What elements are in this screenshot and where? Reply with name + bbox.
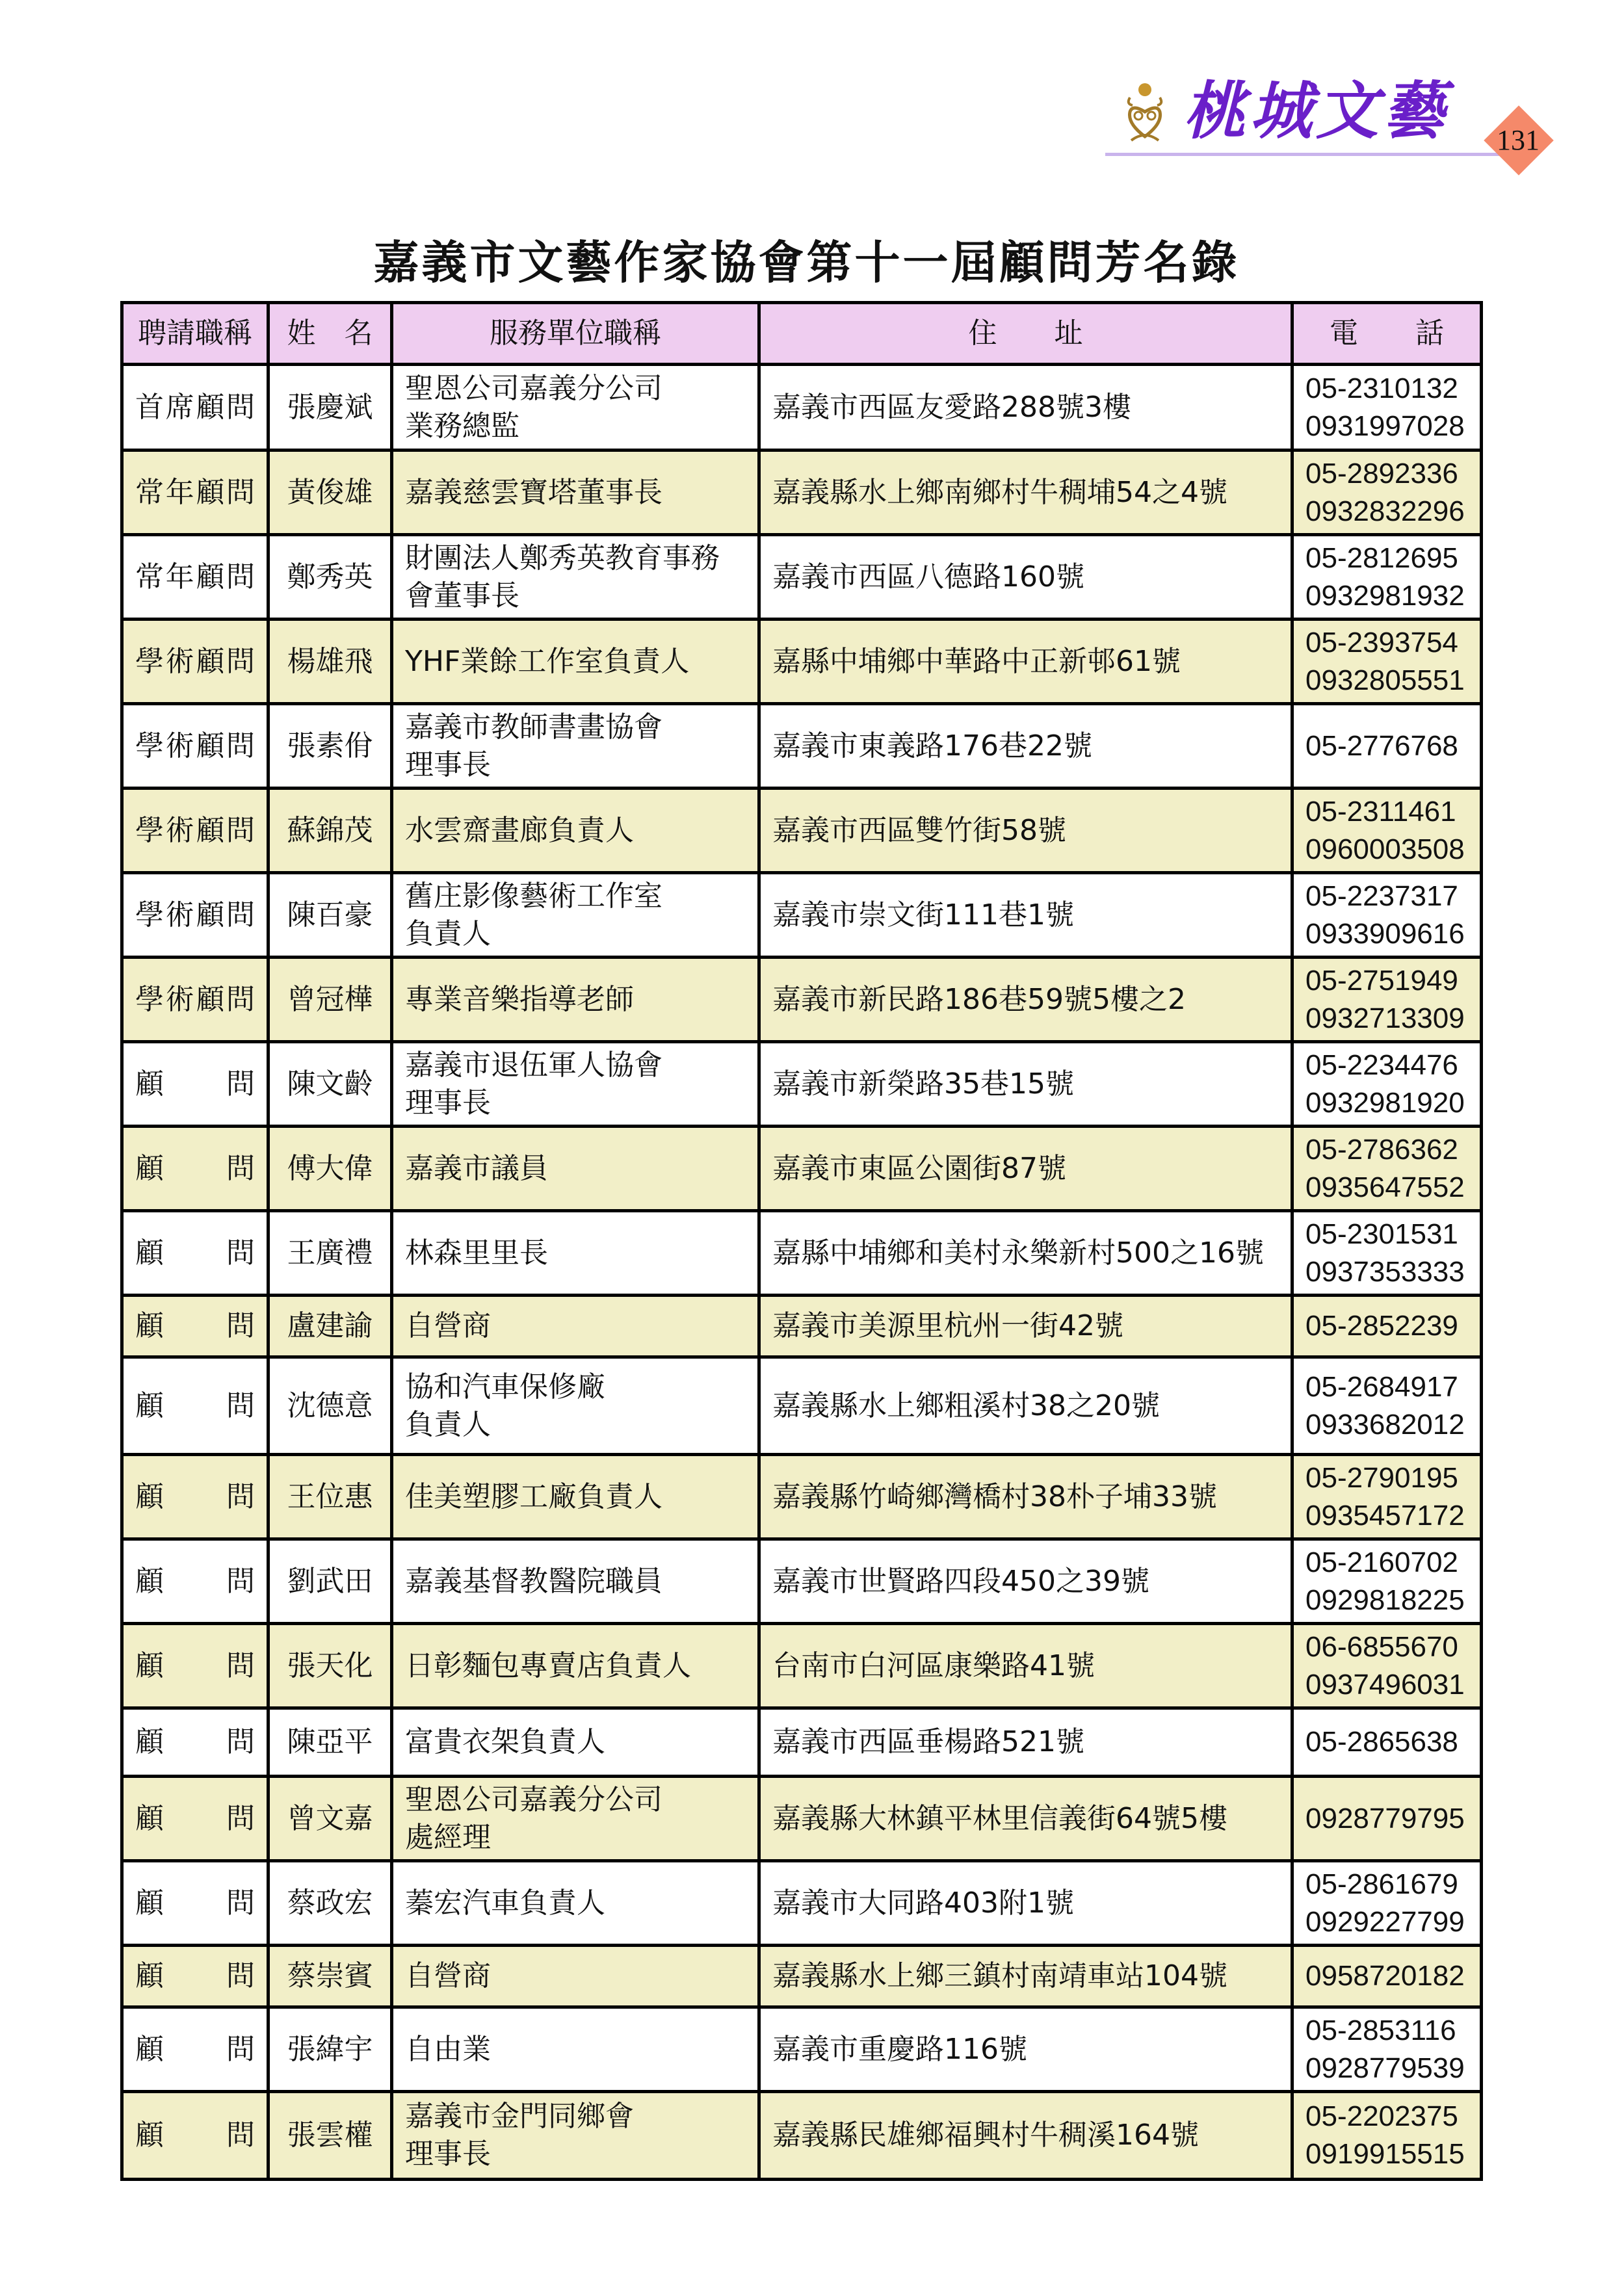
cell-phone: 05-28531160928779539 <box>1292 2007 1482 2092</box>
column-header-address: 住 址 <box>759 303 1292 365</box>
cell-phone: 05-23114610960003508 <box>1292 789 1482 873</box>
phone-number: 0937353333 <box>1305 1253 1468 1291</box>
phone-number: 0928779795 <box>1305 1800 1468 1838</box>
cell-role: 學術顧問 <box>122 958 269 1042</box>
unit-line: 負責人 <box>405 915 746 953</box>
unit-line: 舊庄影像藝術工作室 <box>405 878 746 915</box>
cell-role: 顧 問 <box>122 2092 269 2180</box>
cell-phone: 05-27901950935457172 <box>1292 1455 1482 1539</box>
cell-address: 嘉義市美源里杭州一街42號 <box>759 1296 1292 1357</box>
table-row: 顧 問王位惠佳美塑膠工廠負責人嘉義縣竹崎鄉灣橋村38朴子埔33號05-27901… <box>122 1455 1482 1539</box>
unit-line: 佳美塑膠工廠負責人 <box>405 1478 746 1516</box>
cell-unit: 日彰麵包專賣店負責人 <box>392 1624 759 1708</box>
header-rule <box>1105 153 1521 156</box>
cell-name: 楊雄飛 <box>269 620 392 704</box>
cell-address: 嘉義市東義路176巷22號 <box>759 704 1292 789</box>
unit-line: 自由業 <box>405 2031 746 2068</box>
cell-role: 常年顧問 <box>122 535 269 620</box>
cell-name: 陳文齡 <box>269 1042 392 1127</box>
unit-line: 蓁宏汽車負責人 <box>405 1885 746 1922</box>
cell-phone: 06-68556700937496031 <box>1292 1624 1482 1708</box>
unit-line: 自營商 <box>405 1307 746 1345</box>
unit-line: 嘉義市議員 <box>405 1150 746 1188</box>
table-row: 顧 問張緯宇自由業嘉義市重慶路116號05-28531160928779539 <box>122 2007 1482 2092</box>
cell-unit: 富貴衣架負責人 <box>392 1708 759 1777</box>
cell-role: 顧 問 <box>122 1357 269 1455</box>
unit-line: 協和汽車保修廠 <box>405 1368 746 1406</box>
cell-role: 常年顧問 <box>122 450 269 535</box>
cell-phone: 05-23937540932805551 <box>1292 620 1482 704</box>
cell-name: 蘇錦茂 <box>269 789 392 873</box>
table-header-row: 聘請職稱 姓 名 服務單位職稱 住 址 電 話 <box>122 303 1482 365</box>
cell-name: 王位惠 <box>269 1455 392 1539</box>
table-row: 顧 問盧建諭自營商嘉義市美源里杭州一街42號05-2852239 <box>122 1296 1482 1357</box>
cell-address: 嘉義市崇文街111巷1號 <box>759 873 1292 958</box>
phone-number: 05-2393754 <box>1305 624 1468 662</box>
phone-number: 05-2812695 <box>1305 540 1468 577</box>
table-row: 常年顧問鄭秀英財團法人鄭秀英教育事務會董事長嘉義市西區八德路160號05-281… <box>122 535 1482 620</box>
phone-number: 06-6855670 <box>1305 1628 1468 1666</box>
unit-line: 理事長 <box>405 1084 746 1122</box>
phone-number: 0928779539 <box>1305 2050 1468 2087</box>
phone-number: 0933909616 <box>1305 915 1468 953</box>
cell-unit: 協和汽車保修廠負責人 <box>392 1357 759 1455</box>
cell-name: 盧建諭 <box>269 1296 392 1357</box>
table-row: 顧 問陳亞平富貴衣架負責人嘉義市西區垂楊路521號05-2865638 <box>122 1708 1482 1777</box>
page-number-badge: 131 <box>1482 104 1554 176</box>
cell-phone: 05-28923360932832296 <box>1292 450 1482 535</box>
column-header-role: 聘請職稱 <box>122 303 269 365</box>
unit-line: 林森里里長 <box>405 1234 746 1272</box>
cell-unit: 佳美塑膠工廠負責人 <box>392 1455 759 1539</box>
phone-number: 05-2861679 <box>1305 1866 1468 1903</box>
cell-unit: 嘉義市教師書畫協會理事長 <box>392 704 759 789</box>
cell-address: 嘉義市新榮路35巷15號 <box>759 1042 1292 1127</box>
cell-address: 嘉義市東區公園街87號 <box>759 1127 1292 1211</box>
table-body: 首席顧問張慶斌聖恩公司嘉義分公司業務總監嘉義市西區友愛路288號3樓05-231… <box>122 365 1482 2180</box>
phone-number: 0937496031 <box>1305 1666 1468 1704</box>
cell-phone: 05-22344760932981920 <box>1292 1042 1482 1127</box>
phone-number: 05-2684917 <box>1305 1368 1468 1406</box>
table-row: 顧 問沈德意協和汽車保修廠負責人嘉義縣水上鄉粗溪村38之20號05-268491… <box>122 1357 1482 1455</box>
unit-line: 財團法人鄭秀英教育事務 <box>405 540 746 577</box>
table-row: 顧 問陳文齡嘉義市退伍軍人協會理事長嘉義市新榮路35巷15號05-2234476… <box>122 1042 1482 1127</box>
cell-role: 顧 問 <box>122 1946 269 2007</box>
cell-unit: 自營商 <box>392 1296 759 1357</box>
cell-role: 顧 問 <box>122 1624 269 1708</box>
table-row: 顧 問蔡崇賓自營商嘉義縣水上鄉三鎮村南靖車站104號0958720182 <box>122 1946 1482 2007</box>
phone-number: 05-2751949 <box>1305 962 1468 1000</box>
unit-line: 水雲齋畫廊負責人 <box>405 812 746 850</box>
unit-line: 嘉義慈雲寶塔董事長 <box>405 474 746 512</box>
unit-line: 嘉義市金門同鄉會 <box>405 2098 746 2135</box>
phone-number: 05-2311461 <box>1305 793 1468 831</box>
table-row: 顧 問曾文嘉聖恩公司嘉義分公司處經理嘉義縣大林鎮平林里信義街64號5樓09287… <box>122 1777 1482 1861</box>
phone-number: 0932713309 <box>1305 1000 1468 1037</box>
table-row: 顧 問張天化日彰麵包專賣店負責人台南市白河區康樂路41號06-685567009… <box>122 1624 1482 1708</box>
unit-line: 業務總監 <box>405 408 746 445</box>
cell-unit: 林森里里長 <box>392 1211 759 1296</box>
cell-phone: 05-2776768 <box>1292 704 1482 789</box>
cell-phone: 05-28616790929227799 <box>1292 1861 1482 1946</box>
phone-number: 0929227799 <box>1305 1903 1468 1941</box>
cell-name: 黃俊雄 <box>269 450 392 535</box>
phone-number: 05-2786362 <box>1305 1131 1468 1169</box>
cell-address: 嘉義市重慶路116號 <box>759 2007 1292 2092</box>
cell-unit: 嘉義市退伍軍人協會理事長 <box>392 1042 759 1127</box>
column-header-name: 姓 名 <box>269 303 392 365</box>
phone-number: 0935457172 <box>1305 1497 1468 1535</box>
cell-role: 顧 問 <box>122 1708 269 1777</box>
phone-number: 0929818225 <box>1305 1582 1468 1619</box>
cell-name: 張緯宇 <box>269 2007 392 2092</box>
cell-name: 鄭秀英 <box>269 535 392 620</box>
unit-line: 聖恩公司嘉義分公司 <box>405 370 746 408</box>
page-number: 131 <box>1482 124 1554 157</box>
cell-address: 嘉義市世賢路四段450之39號 <box>759 1539 1292 1624</box>
cell-unit: 嘉義市議員 <box>392 1127 759 1211</box>
cell-role: 顧 問 <box>122 1296 269 1357</box>
unit-line: 自營商 <box>405 1957 746 1995</box>
table-row: 顧 問王廣禮林森里里長嘉縣中埔鄉和美村永樂新村500之16號05-2301531… <box>122 1211 1482 1296</box>
table-row: 顧 問蔡政宏蓁宏汽車負責人嘉義市大同路403附1號05-286167909292… <box>122 1861 1482 1946</box>
phone-number: 05-2853116 <box>1305 2012 1468 2050</box>
cell-phone: 05-2852239 <box>1292 1296 1482 1357</box>
cell-phone: 0958720182 <box>1292 1946 1482 2007</box>
table-row: 學術顧問楊雄飛YHF業餘工作室負責人嘉縣中埔鄉中華路中正新邨61號05-2393… <box>122 620 1482 704</box>
cell-unit: 自由業 <box>392 2007 759 2092</box>
unit-line: 理事長 <box>405 746 746 784</box>
cell-phone: 05-27519490932713309 <box>1292 958 1482 1042</box>
cell-unit: 自營商 <box>392 1946 759 2007</box>
unit-line: 處經理 <box>405 1819 746 1857</box>
table-row: 學術顧問陳百豪舊庄影像藝術工作室負責人嘉義市崇文街111巷1號05-223731… <box>122 873 1482 958</box>
phone-number: 0932832296 <box>1305 493 1468 530</box>
cell-name: 張雲權 <box>269 2092 392 2180</box>
phone-number: 0931997028 <box>1305 408 1468 445</box>
cell-role: 顧 問 <box>122 1861 269 1946</box>
phone-number: 0935647552 <box>1305 1169 1468 1207</box>
cell-address: 嘉義市西區雙竹街58號 <box>759 789 1292 873</box>
unit-line: 會董事長 <box>405 577 746 615</box>
cell-address: 嘉義市西區八德路160號 <box>759 535 1292 620</box>
logo-text: 桃城文藝 <box>1183 62 1449 151</box>
cell-address: 嘉義市西區友愛路288號3樓 <box>759 365 1292 450</box>
table-row: 首席顧問張慶斌聖恩公司嘉義分公司業務總監嘉義市西區友愛路288號3樓05-231… <box>122 365 1482 450</box>
cell-unit: 嘉義市金門同鄉會理事長 <box>392 2092 759 2180</box>
phone-number: 05-2865638 <box>1305 1723 1468 1761</box>
phone-number: 05-2310132 <box>1305 370 1468 408</box>
cell-role: 首席顧問 <box>122 365 269 450</box>
unit-line: 理事長 <box>405 2135 746 2173</box>
cell-unit: 嘉義基督教醫院職員 <box>392 1539 759 1624</box>
cell-unit: 蓁宏汽車負責人 <box>392 1861 759 1946</box>
cell-phone: 05-26849170933682012 <box>1292 1357 1482 1455</box>
cell-role: 學術顧問 <box>122 789 269 873</box>
unit-line: 富貴衣架負責人 <box>405 1723 746 1761</box>
unit-line: 嘉義基督教醫院職員 <box>405 1563 746 1600</box>
cell-unit: YHF業餘工作室負責人 <box>392 620 759 704</box>
cell-phone: 05-27863620935647552 <box>1292 1127 1482 1211</box>
cell-unit: 聖恩公司嘉義分公司處經理 <box>392 1777 759 1861</box>
cell-name: 蔡政宏 <box>269 1861 392 1946</box>
phone-number: 0932981920 <box>1305 1084 1468 1122</box>
phone-number: 05-2160702 <box>1305 1544 1468 1582</box>
cell-address: 台南市白河區康樂路41號 <box>759 1624 1292 1708</box>
phone-number: 05-2790195 <box>1305 1459 1468 1497</box>
cell-name: 陳亞平 <box>269 1708 392 1777</box>
unit-line: 聖恩公司嘉義分公司 <box>405 1781 746 1819</box>
cell-name: 張素佾 <box>269 704 392 789</box>
cell-address: 嘉縣中埔鄉和美村永樂新村500之16號 <box>759 1211 1292 1296</box>
cell-unit: 專業音樂指導老師 <box>392 958 759 1042</box>
column-header-phone: 電 話 <box>1292 303 1482 365</box>
cell-name: 曾文嘉 <box>269 1777 392 1861</box>
cell-phone: 05-23101320931997028 <box>1292 365 1482 450</box>
cell-address: 嘉義縣水上鄉粗溪村38之20號 <box>759 1357 1292 1455</box>
cell-name: 傅大偉 <box>269 1127 392 1211</box>
phone-number: 0932805551 <box>1305 662 1468 699</box>
table-row: 顧 問劉武田嘉義基督教醫院職員嘉義市世賢路四段450之39號05-2160702… <box>122 1539 1482 1624</box>
phone-number: 05-2202375 <box>1305 2098 1468 2135</box>
cell-role: 學術顧問 <box>122 873 269 958</box>
table-row: 顧 問張雲權嘉義市金門同鄉會理事長嘉義縣民雄鄉福興村牛稠溪164號05-2202… <box>122 2092 1482 2180</box>
cell-address: 嘉義市新民路186巷59號5樓之2 <box>759 958 1292 1042</box>
cell-name: 陳百豪 <box>269 873 392 958</box>
cell-address: 嘉義縣大林鎮平林里信義街64號5樓 <box>759 1777 1292 1861</box>
unit-line: 嘉義市教師書畫協會 <box>405 709 746 746</box>
cell-address: 嘉義縣竹崎鄉灣橋村38朴子埔33號 <box>759 1455 1292 1539</box>
table-row: 學術顧問蘇錦茂水雲齋畫廊負責人嘉義市西區雙竹街58號05-23114610960… <box>122 789 1482 873</box>
cell-address: 嘉義縣水上鄉三鎮村南靖車站104號 <box>759 1946 1292 2007</box>
cell-name: 曾冠樺 <box>269 958 392 1042</box>
cell-address: 嘉義縣水上鄉南鄉村牛稠埔54之4號 <box>759 450 1292 535</box>
cell-address: 嘉義市大同路403附1號 <box>759 1861 1292 1946</box>
cell-unit: 財團法人鄭秀英教育事務會董事長 <box>392 535 759 620</box>
cell-name: 王廣禮 <box>269 1211 392 1296</box>
cell-role: 顧 問 <box>122 2007 269 2092</box>
phone-number: 0933682012 <box>1305 1406 1468 1444</box>
cell-phone: 05-23015310937353333 <box>1292 1211 1482 1296</box>
cell-phone: 05-28126950932981932 <box>1292 535 1482 620</box>
unit-line: 負責人 <box>405 1406 746 1444</box>
phone-number: 0960003508 <box>1305 831 1468 868</box>
cell-unit: 聖恩公司嘉義分公司業務總監 <box>392 365 759 450</box>
unit-line: 專業音樂指導老師 <box>405 981 746 1019</box>
cell-address: 嘉義市西區垂楊路521號 <box>759 1708 1292 1777</box>
unit-line: YHF業餘工作室負責人 <box>405 643 746 681</box>
cell-role: 學術顧問 <box>122 704 269 789</box>
table-row: 顧 問傅大偉嘉義市議員嘉義市東區公園街87號05-278636209356475… <box>122 1127 1482 1211</box>
phone-number: 05-2234476 <box>1305 1047 1468 1084</box>
phone-number: 05-2301531 <box>1305 1216 1468 1253</box>
cell-role: 學術顧問 <box>122 620 269 704</box>
cell-role: 顧 問 <box>122 1539 269 1624</box>
phone-number: 05-2892336 <box>1305 455 1468 493</box>
cell-role: 顧 問 <box>122 1211 269 1296</box>
cell-name: 張慶斌 <box>269 365 392 450</box>
page-title: 嘉義市文藝作家協會第十一屆顧問芳名錄 <box>0 226 1613 292</box>
table-row: 常年顧問黃俊雄嘉義慈雲寶塔董事長嘉義縣水上鄉南鄉村牛稠埔54之4號05-2892… <box>122 450 1482 535</box>
unit-line: 日彰麵包專賣店負責人 <box>405 1647 746 1685</box>
cell-name: 張天化 <box>269 1624 392 1708</box>
cell-role: 顧 問 <box>122 1042 269 1127</box>
cell-role: 顧 問 <box>122 1777 269 1861</box>
advisor-roster-table: 聘請職稱 姓 名 服務單位職稱 住 址 電 話 首席顧問張慶斌聖恩公司嘉義分公司… <box>120 301 1483 2181</box>
cell-role: 顧 問 <box>122 1455 269 1539</box>
phone-number: 0919915515 <box>1305 2135 1468 2173</box>
phone-number: 0932981932 <box>1305 577 1468 615</box>
phone-number: 05-2776768 <box>1305 727 1468 765</box>
cell-address: 嘉義縣民雄鄉福興村牛稠溪164號 <box>759 2092 1292 2180</box>
cell-phone: 05-22373170933909616 <box>1292 873 1482 958</box>
table-row: 學術顧問曾冠樺專業音樂指導老師嘉義市新民路186巷59號5樓之205-27519… <box>122 958 1482 1042</box>
cell-name: 蔡崇賓 <box>269 1946 392 2007</box>
cell-phone: 05-21607020929818225 <box>1292 1539 1482 1624</box>
cell-name: 沈德意 <box>269 1357 392 1455</box>
phone-number: 05-2852239 <box>1305 1307 1468 1345</box>
cell-unit: 嘉義慈雲寶塔董事長 <box>392 450 759 535</box>
cell-phone: 0928779795 <box>1292 1777 1482 1861</box>
cell-address: 嘉縣中埔鄉中華路中正新邨61號 <box>759 620 1292 704</box>
cell-role: 顧 問 <box>122 1127 269 1211</box>
cell-name: 劉武田 <box>269 1539 392 1624</box>
table-row: 學術顧問張素佾嘉義市教師書畫協會理事長嘉義市東義路176巷22號05-27767… <box>122 704 1482 789</box>
cell-phone: 05-22023750919915515 <box>1292 2092 1482 2180</box>
cell-unit: 舊庄影像藝術工作室負責人 <box>392 873 759 958</box>
phone-number: 05-2237317 <box>1305 878 1468 915</box>
peach-emblem-icon <box>1125 78 1165 143</box>
phone-number: 0958720182 <box>1305 1957 1468 1995</box>
unit-line: 嘉義市退伍軍人協會 <box>405 1047 746 1084</box>
cell-phone: 05-2865638 <box>1292 1708 1482 1777</box>
cell-unit: 水雲齋畫廊負責人 <box>392 789 759 873</box>
column-header-unit: 服務單位職稱 <box>392 303 759 365</box>
